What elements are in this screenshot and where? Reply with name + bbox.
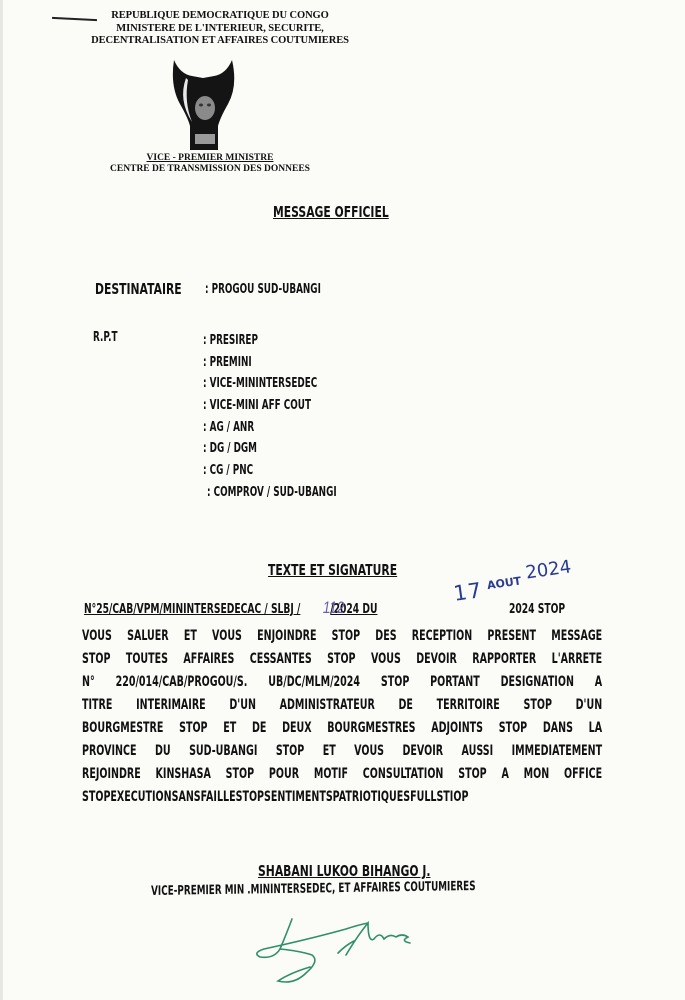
body-word: 220/014/CAB/PROGOU/S. bbox=[116, 671, 248, 694]
body-word: TERRITOIRE bbox=[437, 694, 500, 717]
handwritten-signature-icon bbox=[250, 915, 430, 990]
handwritten-number: 112 bbox=[323, 598, 345, 618]
body-word: UB/DC/MLM/2024 bbox=[268, 671, 360, 694]
body-word: BOURGMESTRES bbox=[327, 717, 415, 740]
document-title: MESSAGE OFFICIEL bbox=[273, 203, 389, 221]
body-word: ENJOINDRE bbox=[257, 625, 316, 648]
body-word: DEVOIR bbox=[416, 648, 457, 671]
body-word: PATRIOTIQUES bbox=[333, 786, 410, 809]
body-word: OFFICE bbox=[564, 763, 602, 786]
rpt-item: : COMPROV / SUD-UBANGI bbox=[207, 482, 337, 504]
body-word: REJOINDRE bbox=[82, 763, 141, 786]
body-word: DEVOIR bbox=[403, 740, 444, 763]
body-word: VOUS bbox=[354, 740, 384, 763]
rpt-item: : PRESIREP bbox=[203, 330, 335, 352]
body-word: EXECUTION bbox=[110, 786, 171, 809]
body-word: ADJOINTS bbox=[431, 717, 483, 740]
reference-date-end: 2024 STOP bbox=[509, 601, 565, 617]
letterhead-line: DECENTRALISATION ET AFFAIRES COUTUMIERES bbox=[60, 35, 380, 48]
letterhead: REPUBLIQUE DEMOCRATIQUE DU CONGO MINISTE… bbox=[60, 10, 380, 48]
body-word: RAPPORTER bbox=[472, 648, 536, 671]
body-word: VOUS bbox=[82, 625, 112, 648]
body-line: VOUSSALUERETVOUSENJOINDRESTOPDESRECEPTIO… bbox=[82, 625, 602, 648]
stamp-year: 2024 bbox=[524, 556, 572, 583]
body-word: DE bbox=[252, 717, 266, 740]
body-word: D'UN bbox=[229, 694, 256, 717]
signer-name: SHABANI LUKOO BIHANGO J. bbox=[258, 862, 430, 880]
official-message-document: REPUBLIQUE DEMOCRATIQUE DU CONGO MINISTE… bbox=[0, 0, 685, 1000]
body-word: INTERIMAIRE bbox=[136, 694, 206, 717]
date-stamp: 17 AOUT 2024 bbox=[452, 565, 574, 605]
body-word: TITRE bbox=[82, 694, 112, 717]
rpt-list: : PRESIREP : PREMINI : VICE-MININTERSEDE… bbox=[203, 330, 398, 504]
body-word: VOUS bbox=[371, 648, 401, 671]
body-word: SUD-UBANGI bbox=[189, 740, 257, 763]
body-word: STOP bbox=[327, 648, 355, 671]
body-word: POUR bbox=[269, 763, 299, 786]
body-word: CONSULTATION bbox=[363, 763, 444, 786]
letterhead-line: REPUBLIQUE DEMOCRATIQUE DU CONGO bbox=[60, 10, 380, 23]
message-body: VOUSSALUERETVOUSENJOINDRESTOPDESRECEPTIO… bbox=[82, 625, 602, 809]
body-word: STOP bbox=[82, 648, 110, 671]
body-word: RECEPTION bbox=[412, 625, 472, 648]
office-block: VICE - PREMIER MINISTRE CENTRE DE TRANSM… bbox=[90, 153, 330, 175]
body-word: PRESENT bbox=[487, 625, 536, 648]
rpt-label: R.P.T bbox=[93, 330, 118, 345]
body-word: FAILLE bbox=[201, 786, 236, 809]
body-word: SANS bbox=[172, 786, 201, 809]
rpt-item: : AG / ANR bbox=[203, 417, 335, 439]
leopard-head-emblem-icon bbox=[168, 56, 238, 152]
body-word: STOP bbox=[179, 717, 207, 740]
rpt-item: : PREMINI bbox=[203, 352, 335, 374]
body-word: A bbox=[595, 671, 602, 694]
section-title: TEXTE ET SIGNATURE bbox=[268, 561, 397, 579]
body-word: LA bbox=[589, 717, 602, 740]
body-word: FULLSTIOP bbox=[410, 786, 468, 809]
body-word: L'ARRETE bbox=[552, 648, 603, 671]
body-word: KINSHASA bbox=[156, 763, 211, 786]
page-edge bbox=[0, 0, 3, 1000]
body-word: CESSANTES bbox=[250, 648, 312, 671]
body-word: D'UN bbox=[576, 694, 603, 717]
body-line: BOURGMESTRESTOPETDEDEUXBOURGMESTRESADJOI… bbox=[82, 717, 602, 740]
body-word: PROVINCE bbox=[82, 740, 137, 763]
rpt-item: : VICE-MININTERSEDEC bbox=[203, 373, 335, 395]
stamp-month: AOUT bbox=[486, 574, 522, 592]
body-word: DEUX bbox=[282, 717, 311, 740]
body-word: STOP bbox=[226, 763, 254, 786]
body-word: AUSSI bbox=[462, 740, 494, 763]
body-word: STOP bbox=[236, 786, 264, 809]
body-word: MON bbox=[524, 763, 550, 786]
body-word: BOURGMESTRE bbox=[82, 717, 163, 740]
body-word: ET bbox=[323, 740, 336, 763]
body-word: AFFAIRES bbox=[183, 648, 234, 671]
body-word: DANS bbox=[543, 717, 573, 740]
body-word: TOUTES bbox=[126, 648, 168, 671]
body-word: DESIGNATION bbox=[501, 671, 574, 694]
body-word: STOP bbox=[381, 671, 409, 694]
body-word: SENTIMENTS bbox=[264, 786, 333, 809]
body-word: N° bbox=[82, 671, 95, 694]
stamp-day: 17 bbox=[452, 578, 484, 606]
body-word: A bbox=[501, 763, 508, 786]
body-word: DES bbox=[375, 625, 396, 648]
rpt-item: : CG / PNC bbox=[203, 460, 335, 482]
body-word: ET bbox=[184, 625, 197, 648]
body-word: MOTIF bbox=[314, 763, 348, 786]
rpt-item: : VICE-MINI AFF COUT bbox=[203, 395, 335, 417]
body-word: STOP bbox=[276, 740, 304, 763]
recipient-value: : PROGOU SUD-UBANGI bbox=[205, 282, 321, 297]
body-word: IMMEDIATEMENT bbox=[512, 740, 603, 763]
body-word: DU bbox=[155, 740, 171, 763]
body-word: STOP bbox=[458, 763, 486, 786]
body-line: STOP EXECUTION SANS FAILLE STOP SENTIMEN… bbox=[82, 786, 602, 809]
body-line: N°220/014/CAB/PROGOU/S.UB/DC/MLM/2024STO… bbox=[82, 671, 602, 694]
signer-title: VICE-PREMIER MIN .MININTERSEDEC, ET AFFA… bbox=[151, 879, 476, 899]
letterhead-line: MINISTERE DE L'INTERIEUR, SECURITE, bbox=[60, 23, 380, 36]
body-word: VOUS bbox=[212, 625, 242, 648]
body-word: ET bbox=[223, 717, 236, 740]
body-word: MESSAGE bbox=[551, 625, 602, 648]
body-line: STOPTOUTESAFFAIRESCESSANTESSTOPVOUSDEVOI… bbox=[82, 648, 602, 671]
recipient-label: DESTINATAIRE bbox=[95, 280, 182, 298]
body-word: DE bbox=[399, 694, 413, 717]
rpt-item: : DG / DGM bbox=[203, 438, 335, 460]
office-title: VICE - PREMIER MINISTRE bbox=[90, 153, 330, 164]
reference-prefix: N°25/CAB/VPM/MININTERSEDECAC / SLBJ / bbox=[84, 601, 300, 617]
body-word: PORTANT bbox=[430, 671, 480, 694]
body-line: TITREINTERIMAIRED'UNADMINISTRATEURDETERR… bbox=[82, 694, 602, 717]
body-word: STOP bbox=[82, 786, 110, 809]
department-title: CENTRE DE TRANSMISSION DES DONNEES bbox=[90, 164, 330, 175]
body-word: STOP bbox=[332, 625, 360, 648]
body-word: STOP bbox=[499, 717, 527, 740]
body-line: REJOINDREKINSHASASTOPPOURMOTIFCONSULTATI… bbox=[82, 763, 602, 786]
body-word: STOP bbox=[524, 694, 552, 717]
body-word: ADMINISTRATEUR bbox=[280, 694, 375, 717]
body-line: PROVINCEDUSUD-UBANGISTOPETVOUSDEVOIRAUSS… bbox=[82, 740, 602, 763]
body-word: SALUER bbox=[127, 625, 169, 648]
